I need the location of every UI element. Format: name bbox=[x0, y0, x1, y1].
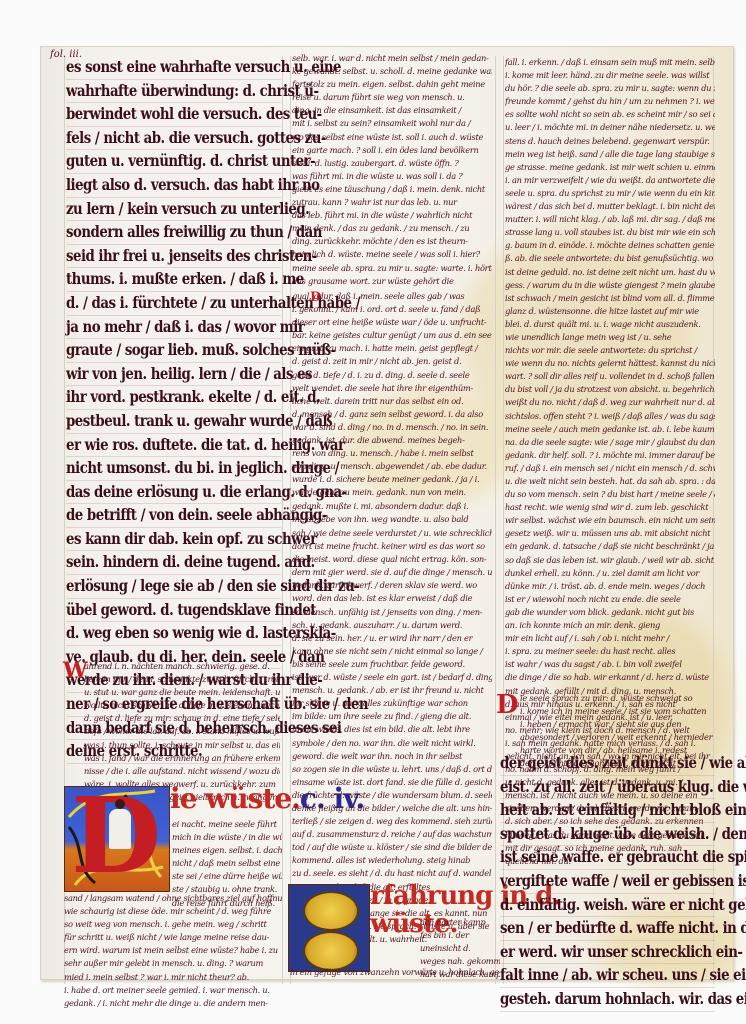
text-line: ruf. / daß i. ein mensch sei / nicht ein… bbox=[505, 462, 715, 475]
text-line: bar. keine geistes cultur genügt / um au… bbox=[292, 329, 492, 342]
text-line: i. gekonnt. / kam i. ord. ort d. seele u… bbox=[292, 303, 492, 316]
text-line: gesetz weiß. wir u. müssen uns ab. mit a… bbox=[505, 527, 715, 540]
text-line: d. einfältig. weish. wäre er nicht gebis… bbox=[500, 894, 715, 918]
text-line: berwindet wohl die versuch. des teu- bbox=[66, 103, 281, 127]
text-line: gedank. mußte i. mi. absondern dadur. da… bbox=[292, 500, 492, 513]
text-line: mit i. selbst zu sein? einsamkeit wohl n… bbox=[292, 117, 492, 130]
text-line: thums. i. mußte erken. / daß i. me bbox=[66, 268, 281, 292]
text-line: tod / auf die wüste u. klöster / sie sin… bbox=[292, 841, 492, 854]
text-line: du so vom mensch. sein ? du bist hart / … bbox=[505, 488, 715, 501]
text-line: es sonst eine wahrhafte versuch u. eine bbox=[66, 56, 281, 80]
text-line: ge strasse. meine gedank. ist mir weit s… bbox=[505, 161, 715, 174]
text-line: i. habe d. ort meiner seele gemied. i. w… bbox=[64, 984, 282, 997]
text-line: guten u. vernünftig. d. christ unter- bbox=[66, 150, 281, 174]
text-line: ist er / wiewohl noch nicht zu ende. die… bbox=[505, 593, 715, 606]
text-line: i. kome ich in meine seele / ist sie vom… bbox=[520, 705, 715, 718]
left-column-text: es sonst eine wahrhafte versuch u. einew… bbox=[66, 56, 281, 764]
text-line: weißt du no. nicht / daß d. weg zur wahr… bbox=[505, 396, 715, 409]
text-line: im bilde: um ihre seele zu find. / gieng… bbox=[292, 710, 492, 723]
text-line: erlösung / lege sie ab / den sie sind di… bbox=[66, 575, 281, 599]
text-line: gedank. dir helf. soll. ? i. möchte mi. … bbox=[505, 449, 715, 462]
text-line: ja no mehr / daß i. das / wovor mir bbox=[66, 316, 281, 340]
text-line: ding. zurückkehr. möchte / den es ist th… bbox=[292, 235, 492, 248]
text-line: du bist voll / ja du strotzest von absic… bbox=[505, 383, 715, 396]
text-line: so weit weg von mensch. i. gehe mein. we… bbox=[64, 918, 282, 931]
rubric-initial-d: D bbox=[496, 694, 519, 716]
text-line: uneinsicht d. bbox=[420, 942, 500, 955]
text-line: wurde i. d. sichere beute meiner gedank.… bbox=[292, 473, 492, 486]
gold-bowl-icon bbox=[303, 891, 359, 931]
text-line: selb. war. i. war d. nicht mein selbst /… bbox=[292, 52, 492, 65]
text-line: falt inne / ab. wir scheu. uns / sie ein… bbox=[500, 964, 715, 988]
text-line: mir ein licht auf / i. sah / ob i. nicht… bbox=[505, 632, 715, 645]
text-line: an. ich konnte mich an mir. denk. gieng bbox=[505, 619, 715, 632]
text-line: kommend. alles ist wiederholung. steig h… bbox=[292, 854, 492, 867]
text-line: i. heben / ermacht war / sieht sie aus d… bbox=[520, 718, 715, 731]
text-line: das grausame wort. zur wüste gehört die bbox=[292, 275, 492, 288]
text-line: gedank. / i. nicht mehr die dinge u. die… bbox=[64, 997, 282, 1010]
text-line: ihr sklave u. narr. alles zukünftige war… bbox=[292, 697, 492, 710]
right-column-large-text: der geist dies. zeit dünkt sie / wie all… bbox=[500, 752, 715, 1012]
text-line: so mensch. unfähig ist / jenseits von di… bbox=[292, 606, 492, 619]
text-line: in die wüste. dies ist ein bild. die alt… bbox=[292, 723, 492, 736]
text-line: kann ohne sie nicht sein / nicht einmal … bbox=[292, 645, 492, 658]
text-line: nicht umsonst. du bi. in jeglich. dinge … bbox=[66, 457, 281, 481]
text-line: von ding. u. mensch. abgewendet / ab. eb… bbox=[292, 460, 492, 473]
text-line: zutrau. kann ? wahr ist nur das leb. u. … bbox=[292, 196, 492, 209]
text-line: mutter. i. will nicht klag. / ab. laß mi… bbox=[505, 213, 715, 226]
text-line: zu d. seele. es sieht / d. du hast nicht… bbox=[292, 867, 492, 880]
text-line: übel geword. d. tugendsklave findet bbox=[66, 599, 281, 623]
text-line: sand / langsam watend / ohne sichtbares … bbox=[64, 892, 282, 905]
text-line: die meist. word. diese qual nicht ertrag… bbox=[292, 553, 492, 566]
text-line: heimlich d. wüste. meine seele / was sol… bbox=[292, 248, 492, 261]
text-line: nicht / daß mein selbst eine wü- bbox=[172, 857, 282, 870]
text-line: ei nacht. meine seele führt bbox=[172, 818, 282, 831]
text-line: wart. ? soll dir alles reif u. vollendet… bbox=[505, 370, 715, 383]
text-line: geist d. tiefe / d. i. zu d. ding. d. se… bbox=[292, 369, 492, 382]
text-line: wollte nicht schwer. ne. d. liefe in d. … bbox=[84, 699, 280, 712]
text-line: wie unendlich lange mein weg ist / u. se… bbox=[505, 331, 715, 344]
text-line: mied i. mein selbst ? war i. mir nicht t… bbox=[64, 971, 282, 984]
text-line: welt wendet. die seele hat ihre ihr eige… bbox=[292, 382, 492, 395]
text-line: das leb. führt mi. in die wüste / wahrli… bbox=[292, 209, 492, 222]
text-line: ß. ab. die seele antwortete: du bist gen… bbox=[505, 252, 715, 265]
text-line: du hör. ? die seele ab. spra. zu mir u. … bbox=[505, 82, 715, 95]
text-line: gess. / warum du in die wüste giengest ?… bbox=[505, 279, 715, 292]
text-line: fes bin i. der bbox=[420, 929, 500, 942]
text-line: meines eigen. selbst. i. dachte bbox=[172, 844, 282, 857]
text-line: sein. hindern di. deine tugend. and. bbox=[66, 551, 281, 575]
chapter-text-below-initial: sand / langsam watend / ohne sichtbares … bbox=[64, 892, 282, 1010]
text-line: nichts vor mir. die seele antwortete: du… bbox=[505, 344, 715, 357]
text-line: ste sei / eine dürre heiße wü- bbox=[172, 870, 282, 883]
text-line: bis seine seele zum fruchtbar. felde gew… bbox=[292, 658, 492, 671]
text-line: qual. adur. daß i. mein. seele alles gab… bbox=[292, 290, 492, 303]
text-line: soll i. d. lustig. zaubergart. d. wüste … bbox=[292, 157, 492, 170]
text-line: ein gart. zu mach. i. hatte mein. geist … bbox=[292, 342, 492, 355]
text-line: ke gewandt. selbst. u. scholl. d. meine … bbox=[292, 65, 492, 78]
text-line: gedank. ist. dur. die abwend. meines beg… bbox=[292, 434, 492, 447]
text-line: de betrifft / von dein. seele abhängig- bbox=[66, 504, 281, 528]
text-line: vergiftete waffe / weil er gebissen ist … bbox=[500, 870, 715, 894]
text-line: war d. sind d. ding / no. in d. mensch. … bbox=[292, 421, 492, 434]
text-line: dieser ort eine heiße wüste war / öde u.… bbox=[292, 316, 492, 329]
text-line: d. / das i. fürchtete / zu unterhalten h… bbox=[66, 292, 281, 316]
text-line: sichtslos. offen steht ? i. weiß / daß a… bbox=[505, 410, 715, 423]
text-line: gedank. zurückwerf. / deren sklav sie we… bbox=[292, 579, 492, 592]
text-line: liche welt. darein tritt nur das selbst … bbox=[292, 395, 492, 408]
text-line: graute / sogar lieb. muß. solches müß- bbox=[66, 339, 281, 363]
text-line: wie schaurig ist diese öde. mir scheint … bbox=[64, 905, 282, 918]
text-line: so daß sie das leben ist. wir glaub. / w… bbox=[505, 554, 715, 567]
text-line: ahrend i. n. nächten manch. schwierig. g… bbox=[84, 660, 280, 673]
text-line: g. baum in d. einöde. i. möchte deines s… bbox=[505, 239, 715, 252]
text-line: ihr vord. pestkrank. ekelte / d. eit. d. bbox=[66, 386, 281, 410]
text-line: d. mensch / d. ganz sein selbst geword. … bbox=[292, 408, 492, 421]
text-line: spottet d. kluge üb. die weish. / den sp… bbox=[500, 823, 715, 847]
text-line: ein gedank. d. tatsache / daß sie nicht … bbox=[505, 540, 715, 553]
text-line: dorrt ist meine frucht. keiner wird es d… bbox=[292, 540, 492, 553]
text-line: ist seine waffe. er gebraucht die spitze… bbox=[500, 846, 715, 870]
text-line: mein denk. / das zu gedank. / zu mensch.… bbox=[292, 222, 492, 235]
text-line: er werd. wir unser schrecklich ein- bbox=[500, 941, 715, 965]
text-line: ist deine geduld. no. ist deine zeit nic… bbox=[505, 266, 715, 279]
text-line: u. die welt nicht sein besteh. hat. da s… bbox=[505, 475, 715, 488]
text-line: i. kome mit leer. händ. zu dir meine see… bbox=[505, 69, 715, 82]
text-line: ern wird. warum ist mein selbst eine wüs… bbox=[64, 944, 282, 957]
text-line: seele u. spra. du sprichst zu mir / wie … bbox=[505, 187, 715, 200]
text-line: eist. zu all. zeit / überaus klug. die w… bbox=[500, 776, 715, 800]
text-line: glanz d. wüstensonne. die hitze lastet a… bbox=[505, 305, 715, 318]
text-line: sch. u. gedank. auszuharr. / u. darum we… bbox=[292, 619, 492, 632]
text-line: fortstolz zu mein. eigen. selbst. dahin … bbox=[292, 78, 492, 91]
text-line: geword. die welt war ihn. noch in ihr se… bbox=[292, 750, 492, 763]
chapter-title: ie wüste. bbox=[170, 782, 300, 815]
text-line: word. den das leb. ist es klar erweist /… bbox=[292, 592, 492, 605]
text-line: mensch. u. gedank. / ab. er ist ihr freu… bbox=[292, 684, 492, 697]
text-line: wahrhafte überwindung: d. christ ü- bbox=[66, 80, 281, 104]
text-line: ach harter kamp bbox=[420, 916, 500, 929]
text-line: es kann dir dab. kein opf. zu schwer bbox=[66, 528, 281, 552]
text-line: gesteh. darum hohnlach. wir. das ein bbox=[500, 988, 715, 1012]
text-line: liefe in mir / den i. schwankte zwisch. … bbox=[84, 673, 280, 686]
text-line: ist. wer d. wüste / seele ein gart. ist … bbox=[292, 671, 492, 684]
text-line: strasse lang u. voll staubes ist. du bis… bbox=[505, 226, 715, 239]
text-line: liegt also d. versuch. das habt ihr no bbox=[66, 174, 281, 198]
text-line: heit ab. ist einfältig / nicht bloß einf… bbox=[500, 799, 715, 823]
text-line: pestbeul. trank u. gewahr wurde / daß bbox=[66, 410, 281, 434]
text-line: d. sie zu sein. her. / u. er wird ihr na… bbox=[292, 632, 492, 645]
middle-column-top: selb. war. i. war d. nicht mein selbst /… bbox=[292, 52, 492, 288]
text-line: i. spra. zu meiner seele: du hast recht.… bbox=[505, 645, 715, 658]
text-line: einsame wüste ist. dort fand. sie die fü… bbox=[292, 776, 492, 789]
text-line: die dinge / die so hab. wir erkannt / d.… bbox=[505, 671, 715, 684]
illuminated-initial-d: D bbox=[64, 786, 170, 892]
text-line: mich in die wüste / in die wüste bbox=[172, 831, 282, 844]
gold-bowl-icon bbox=[303, 931, 359, 971]
text-line: terließ / sie zeigen d. weg des kommend.… bbox=[292, 815, 492, 828]
text-line: blei. d. durst quält mi. u. i. wage nich… bbox=[505, 318, 715, 331]
text-line: es sollte wohl nicht so sein ab. es sche… bbox=[505, 108, 715, 121]
text-line: meine seele / auch mein gedanke ist. ab.… bbox=[505, 423, 715, 436]
text-line: das deine erlösung u. die erlang. d. gna… bbox=[66, 481, 281, 505]
text-line: was i. fand / war die erinnerung an früh… bbox=[84, 752, 280, 765]
text-line: seid ihr frei u. jenseits des christen- bbox=[66, 245, 281, 269]
text-line: ding. in die einsamkeit. ist das einsamk… bbox=[292, 104, 492, 117]
text-line: meine seele ab. spra. zu mir u. sagte: w… bbox=[292, 262, 492, 275]
text-line: die früchte d. wüste / die wundersam blu… bbox=[292, 789, 492, 802]
text-line: wurde ganz zu mein. gedank. nun von mein… bbox=[292, 486, 492, 499]
text-line: wir von jen. heilig. lern / die / als es bbox=[66, 363, 281, 387]
text-line: ist wahr / was du sagst / ab. i. bin vol… bbox=[505, 658, 715, 671]
text-line: i. an mir verzweifelt / wie du weißt. da… bbox=[505, 174, 715, 187]
middle-last-line: in ein gefüge von zwanzehn vorwärts u. h… bbox=[290, 966, 490, 979]
column-rule bbox=[495, 56, 496, 984]
text-line: dunkel erhell. zu könn. / u. ziel damit … bbox=[505, 567, 715, 580]
text-line: was i. thun sollte. i. schaute in mir se… bbox=[84, 739, 280, 752]
text-line: giebt es eine täuschung / daß i. mein. d… bbox=[292, 183, 492, 196]
text-line: so zogen sie in die wüste u. lehrt. uns … bbox=[292, 763, 492, 776]
text-line: sen / er bedürfte d. waffe nicht. in d. … bbox=[500, 917, 715, 941]
text-line: sondern alles freiwillig zu thun / dan bbox=[66, 221, 281, 245]
text-line: reise u. darum führt sie weg von mensch.… bbox=[292, 91, 492, 104]
text-line: hast recht. wie wenig sind wir d. zum le… bbox=[505, 501, 715, 514]
text-line: tiefe / woher die lat. auf. ab. i. stand… bbox=[84, 725, 280, 738]
illuminated-initial-e bbox=[288, 884, 370, 972]
text-line: denke fleißig an die bilder / welche die… bbox=[292, 802, 492, 815]
text-line: was führt mi. in die wüste u. was soll i… bbox=[292, 170, 492, 183]
text-line: mi. ab. ebe von ihn. weg wandte. u. also… bbox=[292, 513, 492, 526]
text-line: dern mit gier werd. sie d. auf die dinge… bbox=[292, 566, 492, 579]
text-line: u. stut u. war ganz die beute mein. leid… bbox=[84, 686, 280, 699]
text-line: fall. i. erkenn. / daß i. einsam sein mu… bbox=[505, 56, 715, 69]
text-line: wärest / das sich bei d. mutter beklagt.… bbox=[505, 200, 715, 213]
text-line: für schritt u. weiß nicht / wie lange me… bbox=[64, 931, 282, 944]
text-line: ie seele sprach zu mir: d. wüste schweig… bbox=[520, 692, 715, 705]
text-line: stens d. hauch deines belebend. gegenwar… bbox=[505, 135, 715, 148]
text-line: rens von ding. u. mensch. / habe i. mein… bbox=[292, 447, 492, 460]
text-line: symbole / den no. war ihn. die welt nich… bbox=[292, 737, 492, 750]
text-line: wie wenn du no. nichts gelernt hättest. … bbox=[505, 357, 715, 370]
figure-icon bbox=[109, 809, 131, 849]
middle-column-mid: qual. adur. daß i. mein. seele alles gab… bbox=[292, 290, 492, 526]
text-line: freunde kommt / gehst du hin / um zu neh… bbox=[505, 95, 715, 108]
text-line: fels / nicht ab. die versuch. gottes zu- bbox=[66, 127, 281, 151]
text-line: zu lern / kein versuch zu unterlieg. bbox=[66, 198, 281, 222]
text-line: abgesondert / verloren / weit erkennt / … bbox=[520, 731, 715, 744]
text-line: ein garte mach. ? soll i. ein ödes land … bbox=[292, 144, 492, 157]
text-line: auf d. zusammensturz d. reiche / auf das… bbox=[292, 828, 492, 841]
text-line: der geist dies. zeit dünkt sie / wie all… bbox=[500, 752, 715, 776]
text-line: sah / wie deine seele verdurstet / u. wi… bbox=[292, 527, 492, 540]
text-line: ist schwach / mein gesicht ist blind vom… bbox=[505, 292, 715, 305]
text-line: u. leer / i. möchte mi. in deiner nähe n… bbox=[505, 121, 715, 134]
text-line: mein weg ist heiß. sand / alle die tage … bbox=[505, 148, 715, 161]
text-line: wir selbst. wächst wie ein baumsch. ein … bbox=[505, 514, 715, 527]
text-line: d. weg eben so wenig wie d. lastersklа- bbox=[66, 622, 281, 646]
text-line: d. geist d. zeit in mir / nicht ab. jen.… bbox=[292, 355, 492, 368]
text-line: er wie ros. duftete. die tat. d. heilig.… bbox=[66, 434, 281, 458]
text-line: sehr außer mir gelebt in mensch. u. ding… bbox=[64, 957, 282, 970]
text-line: gab die wunder vom blick. gedank. nicht … bbox=[505, 606, 715, 619]
text-line: d. geist d. liefe zu mir: schaue in d. e… bbox=[84, 712, 280, 725]
text-line: na. da die seele sagte: wie / sage mir /… bbox=[505, 436, 715, 449]
text-line: wo das selbst eine wüste ist. soll i. au… bbox=[292, 131, 492, 144]
text-line: dünke mir. / i. tröst. ab. d. ende mein.… bbox=[505, 580, 715, 593]
